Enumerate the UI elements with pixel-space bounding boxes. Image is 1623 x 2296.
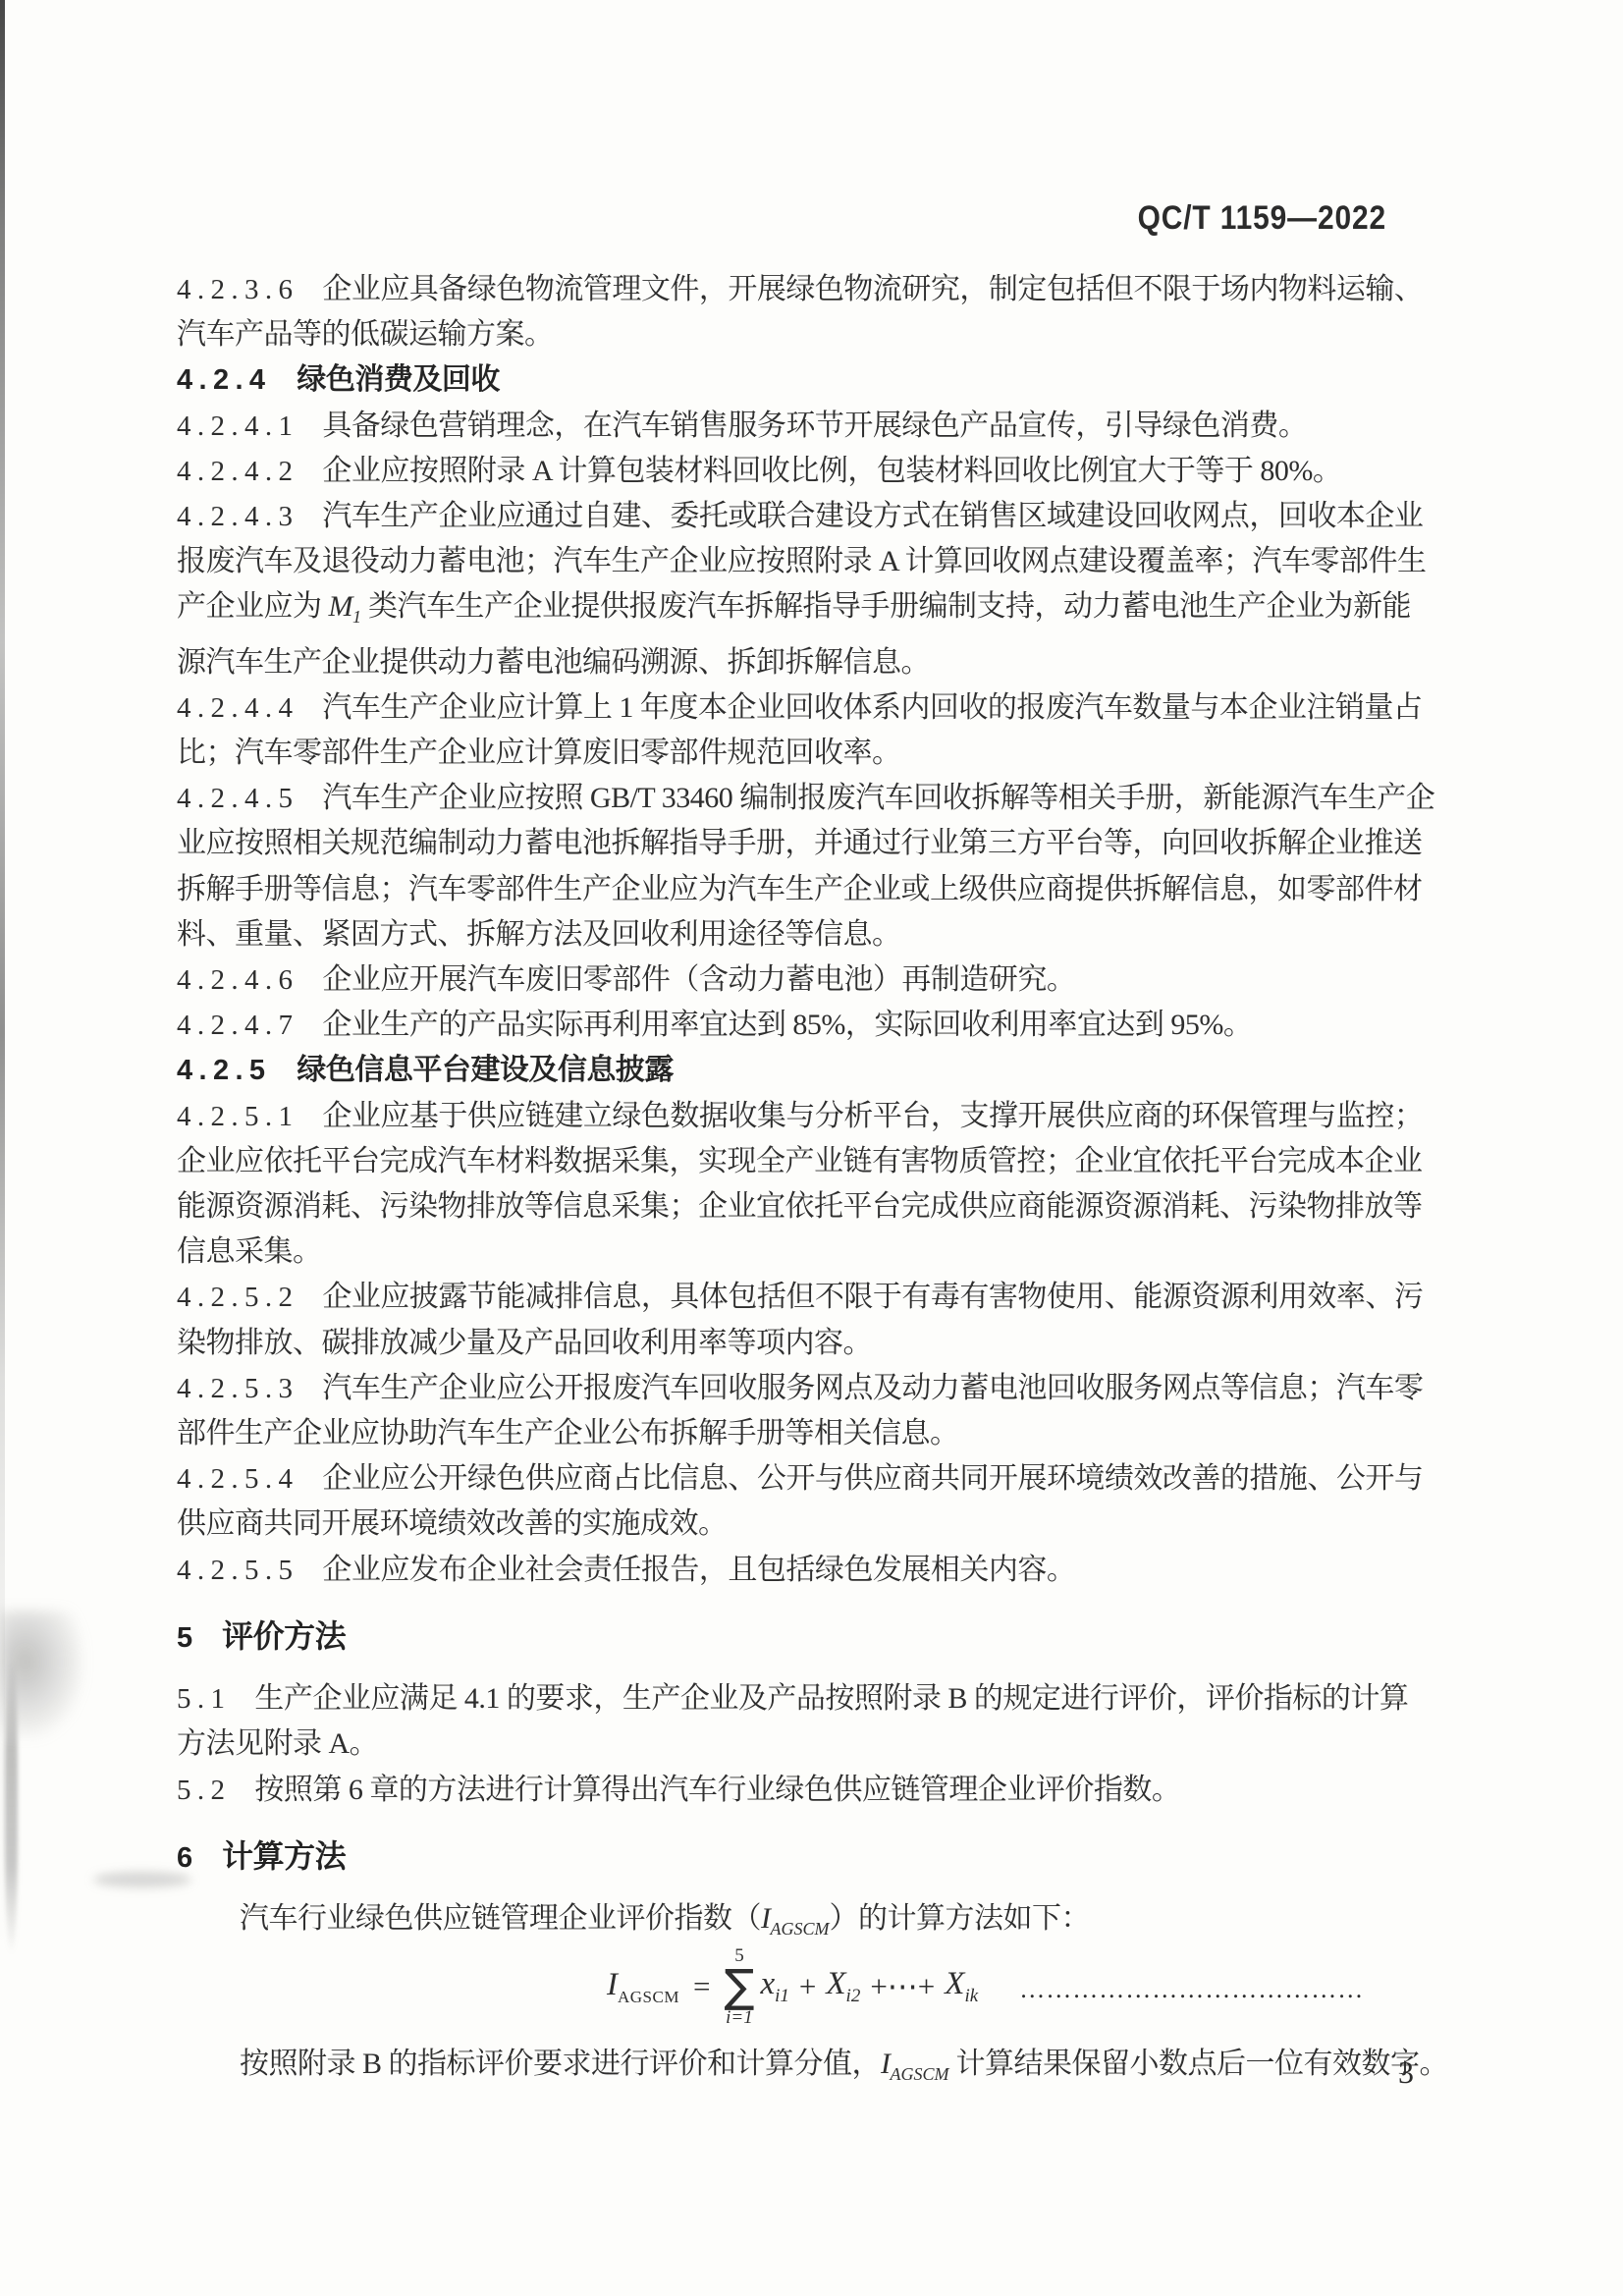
clause-4-2-5-4: 4.2.5.4企业应公开绿色供应商占比信息、公开与供应商共同开展环境绩效改善的措… [177,1456,1409,1502]
variable-symbol: M [329,590,353,623]
document-page: QC/T 1159—2022 4.2.3.6企业应具备绿色物流管理文件，开展绿色… [0,0,1623,2296]
text-run: 汽车生产企业应计算上 1 年度本企业回收体系内回收的报废汽车数量与本企业注销量占 [322,691,1422,724]
formula-term: xi1 [760,1966,788,2007]
text-run: 企业应基于供应链建立绿色数据收集与分析平台，支撑开展供应商的环保管理与监控； [322,1100,1423,1132]
clause-line-continuation: 料、重量、紧固方式、拆解方法及回收利用途径等信息。 [177,912,1409,957]
clause-line-continuation: 源汽车生产企业提供动力蓄电池编码溯源、拆卸拆解信息。 [177,640,1409,685]
clause-4-2-4-4: 4.2.4.4汽车生产企业应计算上 1 年度本企业回收体系内回收的报废汽车数量与… [177,685,1409,731]
page-number: 3 [1398,2054,1414,2091]
clause-number: 4.2.4.5 [177,776,298,821]
term-subscript: ik [964,1986,978,2006]
text-run: 生产企业应满足 4.1 的要求，生产企业及产品按照附录 B 的规定进行评价，评价… [254,1682,1408,1715]
clause-number: 4.2.4.3 [177,494,298,539]
text-run: 评价方法 [222,1618,346,1654]
clause-4-2-4-2: 4.2.4.2企业应按照附录 A 计算包装材料回收比例，包装材料回收比例宜大于等… [177,449,1409,494]
standard-number: QC/T 1159—2022 [1138,199,1386,238]
text-run: 信息采集。 [177,1235,322,1268]
chapter-heading-5: 5评价方法 [177,1613,1409,1661]
document-content: 4.2.3.6企业应具备绿色物流管理文件，开展绿色物流研究，制定包括但不限于场内… [177,267,1409,2097]
clause-line-continuation: 比；汽车零部件生产企业应计算废旧零部件规范回收率。 [177,731,1409,776]
text-run: 料、重量、紧固方式、拆解方法及回收利用途径等信息。 [177,918,901,951]
clause-5-1: 5.1生产企业应满足 4.1 的要求，生产企业及产品按照附录 B 的规定进行评价… [177,1676,1409,1722]
clause-number: 4.2.4.2 [177,449,298,494]
text-run: 拆解手册等信息；汽车零部件生产企业应为汽车生产企业或上级供应商提供拆解信息，如零… [177,873,1423,905]
text-run: 业应按照相关规范编制动力蓄电池拆解指导手册，并通过行业第三方平台等，向回收拆解企… [177,827,1423,859]
text-run: ）的计算方法如下： [830,1902,1091,1935]
clause-number: 4.2.5.5 [177,1548,298,1593]
clause-line-continuation: 报废汽车及退役动力蓄电池；汽车生产企业应按照附录 A 计算回收网点建设覆盖率；汽… [177,539,1409,584]
clause-line-continuation: 业应按照相关规范编制动力蓄电池拆解指导手册，并通过行业第三方平台等，向回收拆解企… [177,821,1409,866]
variable-subscript: AGSCM [618,1988,679,2006]
clause-4-2-5-3: 4.2.5.3汽车生产企业应公开报废汽车回收服务网点及动力蓄电池回收服务网点等信… [177,1366,1409,1411]
text-run: 企业应具备绿色物流管理文件，开展绿色物流研究，制定包括但不限于场内物料运输、 [322,273,1423,305]
clause-line-continuation: 信息采集。 [177,1230,1409,1275]
dotted-leader: ………………………………… [1019,1975,1623,2004]
text-run: 染物排放、碳排放减少量及产品回收利用率等项内容。 [177,1327,872,1359]
clause-line-continuation: 企业应依托平台完成汽车材料数据采集，实现全产业链有害物质管控；企业宜依托平台完成… [177,1139,1409,1184]
clause-line-continuation: 方法见附录 A。 [177,1722,1409,1767]
term-base: x [760,1966,775,2001]
text-run: 产企业应为 [177,590,329,623]
text-run: 汽车生产企业应按照 GB/T 33460 编制报废汽车回收拆解等相关手册，新能源… [322,782,1434,814]
clause-4-2-4-3: 4.2.4.3汽车生产企业应通过自建、委托或联合建设方式在销售区域建设回收网点，… [177,494,1409,539]
text-run: 企业应按照附录 A 计算包装材料回收比例，包装材料回收比例宜大于等于 80%。 [322,455,1341,487]
variable-symbol: I [607,1967,618,2002]
clause-number: 4.2.4.4 [177,685,298,731]
text-run: 比；汽车零部件生产企业应计算废旧零部件规范回收率。 [177,737,901,769]
summation-symbol: 5 ∑ i=1 [724,1946,754,2027]
text-run: 企业应公开绿色供应商占比信息、公开与供应商共同开展环境绩效改善的措施、公开与 [322,1462,1423,1495]
clause-line-continuation: 产企业应为 M1 类汽车生产企业提供报废汽车拆解指导手册编制支持，动力蓄电池生产… [177,584,1409,639]
clause-4-2-5: 4.2.5绿色信息平台建设及信息披露 [177,1048,1409,1093]
variable-subscript: 1 [352,607,361,627]
text-run: 报废汽车及退役动力蓄电池；汽车生产企业应按照附录 A 计算回收网点建设覆盖率；汽… [177,545,1427,577]
formula-term: Xik [945,1966,978,2007]
index-variable: IAGSCM [607,1967,679,2007]
chapter-heading-6: 6计算方法 [177,1833,1409,1881]
text-run: 汽车行业绿色供应链管理企业评价指数（ [240,1902,761,1935]
closing-note: 按照附录 B 的指标评价要求进行评价和计算分值，IAGSCM 计算结果保留小数点… [177,2042,1409,2097]
text-run: 计算结果保留小数点后一位有效数字。 [949,2048,1449,2080]
text-run: 绿色消费及回收 [297,363,500,396]
clause-lines: 4.2.3.6企业应具备绿色物流管理文件，开展绿色物流研究，制定包括但不限于场内… [177,267,1409,1951]
clause-line-continuation: 汽车产品等的低碳运输方案。 [177,312,1409,357]
clause-4-2-4-1: 4.2.4.1具备绿色营销理念，在汽车销售服务环节开展绿色产品宣传，引导绿色消费… [177,404,1409,449]
text-run: 按照附录 B 的指标评价要求进行评价和计算分值， [240,2048,881,2080]
plus-operator: + [799,1969,816,2004]
text-run: 企业应开展汽车废旧零部件（含动力蓄电池）再制造研究。 [322,963,1075,996]
formula-term: Xi2 [826,1966,860,2007]
text-run: 企业应披露节能减排信息，具体包括但不限于有毒有害物使用、能源资源利用效率、污 [322,1281,1423,1313]
text-run: 企业应依托平台完成汽车材料数据采集，实现全产业链有害物质管控；企业宜依托平台完成… [177,1145,1423,1177]
text-run: 计算方法 [222,1838,346,1874]
clause-number: 4.2.5.3 [177,1366,298,1411]
clause-number: 4.2.4.6 [177,957,298,1003]
clause-line-continuation: 拆解手册等信息；汽车零部件生产企业应为汽车生产企业或上级供应商提供拆解信息，如零… [177,867,1409,912]
term-subscript: i2 [846,1986,861,2006]
clause-line-continuation: 能源资源消耗、污染物排放等信息采集；企业宜依托平台完成供应商能源资源消耗、污染物… [177,1184,1409,1230]
term-base: X [945,1966,964,2001]
text-run: 绿色信息平台建设及信息披露 [297,1054,674,1086]
clause-number: 5 [177,1615,192,1661]
clause-number: 5.2 [177,1768,231,1813]
formula-expression: IAGSCM = 5 ∑ i=1 xi1 + Xi2 +⋯+ Xik [607,1946,978,2027]
variable-subscript: AGSCM [771,1919,830,1939]
term-base: X [826,1966,845,2001]
clause-number: 4.2.4.1 [177,404,298,449]
clause-4-2-4-5: 4.2.4.5汽车生产企业应按照 GB/T 33460 编制报废汽车回收拆解等相… [177,776,1409,821]
variable-symbol: I [881,2048,891,2080]
scan-smudge [5,1660,18,1954]
text-run: 供应商共同开展环境绩效改善的实施成效。 [177,1507,728,1540]
page-header: QC/T 1159—2022 [0,199,1386,238]
text-run: 按照第 6 章的方法进行计算得出汽车行业绿色供应链管理企业评价指数。 [254,1774,1180,1806]
text-run: 汽车生产企业应公开报废汽车回收服务网点及动力蓄电池回收服务网点等信息；汽车零 [322,1372,1423,1404]
clause-4-2-4-7: 4.2.4.7企业生产的产品实际再利用率宜达到 85%，实际回收利用率宜达到 9… [177,1003,1409,1048]
equals-sign: = [693,1969,710,2004]
clause-4-2-5-5: 4.2.5.5企业应发布企业社会责任报告，且包括绿色发展相关内容。 [177,1548,1409,1593]
text-run: 企业应发布企业社会责任报告，且包括绿色发展相关内容。 [322,1554,1075,1586]
clause-4-2-5-1: 4.2.5.1企业应基于供应链建立绿色数据收集与分析平台，支撑开展供应商的环保管… [177,1094,1409,1139]
clause-number: 4.2.4 [177,357,271,403]
clause-number: 4.2.5.1 [177,1094,298,1139]
text-run: 源汽车生产企业提供动力蓄电池编码溯源、拆卸拆解信息。 [177,646,930,679]
clause-number: 4.2.4.7 [177,1003,298,1048]
text-run: 部件生产企业应协助汽车生产企业公布拆解手册等相关信息。 [177,1417,959,1449]
scan-smudge [0,1611,83,1738]
clause-5-2: 5.2按照第 6 章的方法进行计算得出汽车行业绿色供应链管理企业评价指数。 [177,1768,1409,1813]
clause-line-continuation: 染物排放、碳排放减少量及产品回收利用率等项内容。 [177,1321,1409,1366]
sum-lower-limit: i=1 [726,2008,753,2027]
clause-number: 4.2.3.6 [177,267,298,312]
term-subscript: i1 [775,1986,789,2006]
clause-4-2-3-6: 4.2.3.6企业应具备绿色物流管理文件，开展绿色物流研究，制定包括但不限于场内… [177,267,1409,312]
clause-number: 4.2.5.4 [177,1456,298,1502]
sigma-icon: ∑ [724,1966,754,2006]
clause-4-2-4-6: 4.2.4.6企业应开展汽车废旧零部件（含动力蓄电池）再制造研究。 [177,957,1409,1003]
scan-edge-artifact [0,0,5,2296]
text-run: 类汽车生产企业提供报废汽车拆解指导手册编制支持，动力蓄电池生产企业为新能 [361,590,1411,623]
text-run: 企业生产的产品实际再利用率宜达到 85%，实际回收利用率宜达到 95%。 [322,1009,1252,1041]
variable-symbol: I [761,1902,771,1935]
clause-4-2-4: 4.2.4绿色消费及回收 [177,357,1409,403]
clause-number: 4.2.5 [177,1048,271,1093]
text-run: 方法见附录 A。 [177,1727,378,1760]
clause-number: 4.2.5.2 [177,1275,298,1320]
ellipsis-operator: +⋯+ [870,1969,935,2004]
clause-number: 6 [177,1835,192,1881]
text-run: 汽车产品等的低碳运输方案。 [177,318,554,351]
variable-subscript: AGSCM [891,2064,949,2084]
clause-line-continuation: 部件生产企业应协助汽车生产企业公布拆解手册等相关信息。 [177,1411,1409,1456]
equation-1: IAGSCM = 5 ∑ i=1 xi1 + Xi2 +⋯+ Xik ……………… [177,1941,1623,2032]
clause-line-continuation: 供应商共同开展环境绩效改善的实施成效。 [177,1502,1409,1547]
clause-4-2-5-2: 4.2.5.2企业应披露节能减排信息，具体包括但不限于有毒有害物使用、能源资源利… [177,1275,1409,1320]
text-run: 具备绿色营销理念，在汽车销售服务环节开展绿色产品宣传，引导绿色消费。 [322,410,1307,442]
clause-number: 5.1 [177,1676,231,1722]
text-run: 汽车生产企业应通过自建、委托或联合建设方式在销售区域建设回收网点，回收本企业 [322,500,1423,532]
text-run: 能源资源消耗、污染物排放等信息采集；企业宜依托平台完成供应商能源资源消耗、污染物… [177,1190,1423,1223]
